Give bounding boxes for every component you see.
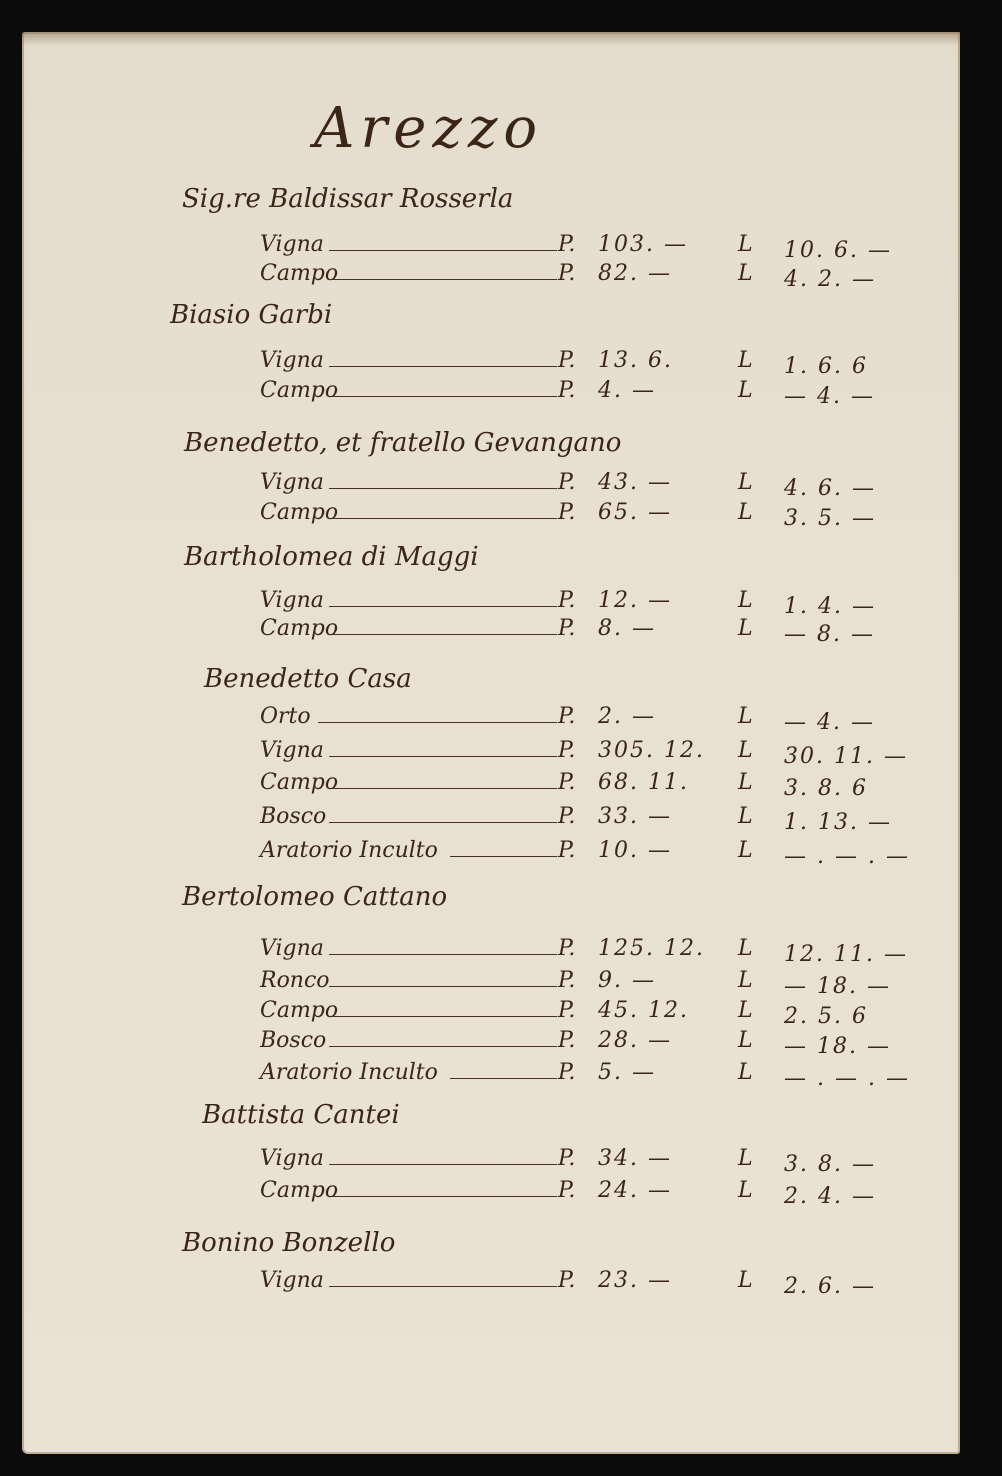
- land-type-label: Campo: [260, 998, 338, 1023]
- area-unit-symbol: P.: [558, 232, 575, 257]
- area-unit-symbol: P.: [558, 770, 575, 795]
- lire-symbol: L: [738, 1268, 753, 1293]
- area-unit-symbol: P.: [558, 470, 575, 495]
- ledger-row: Aratorio IncultoP.5. —L— . — . —: [22, 1060, 960, 1090]
- leader-line: [329, 250, 557, 251]
- area-unit-symbol: P.: [558, 1028, 575, 1053]
- entry-name: Bartholomea di Maggi: [184, 542, 479, 572]
- land-type-label: Campo: [260, 261, 338, 286]
- area-unit-symbol: P.: [558, 704, 575, 729]
- value-amount: 3. 8. —: [784, 1152, 876, 1177]
- value-amount: 4. 6. —: [784, 476, 876, 501]
- area-unit-symbol: P.: [558, 1268, 575, 1293]
- leader-line: [329, 986, 557, 987]
- ledger-row: VignaP.13. 6.L1. 6. 6: [22, 348, 960, 378]
- leader-line: [329, 1164, 557, 1165]
- lire-symbol: L: [738, 1028, 753, 1053]
- land-type-label: Ronco: [260, 968, 330, 993]
- leader-line: [329, 1196, 557, 1197]
- entry-name: Bonino Bonzello: [182, 1228, 395, 1258]
- leader-line: [329, 1286, 557, 1287]
- area-value: 68. 11.: [598, 770, 689, 795]
- area-value: 24. —: [598, 1178, 672, 1203]
- leader-line: [329, 634, 557, 635]
- area-value: 33. —: [598, 804, 672, 829]
- lire-symbol: L: [738, 838, 753, 863]
- area-value: 34. —: [598, 1146, 672, 1171]
- area-unit-symbol: P.: [558, 348, 575, 373]
- area-value: 2. —: [598, 704, 656, 729]
- value-amount: — 18. —: [784, 974, 891, 999]
- manuscript-page: Arezzo Sig.re Baldissar RosserlaVignaP.1…: [22, 32, 960, 1454]
- ledger-row: CampoP.82. —L4. 2. —: [22, 261, 960, 291]
- land-type-label: Aratorio Inculto: [260, 838, 438, 863]
- lire-symbol: L: [738, 1178, 753, 1203]
- area-value: 23. —: [598, 1268, 672, 1293]
- area-unit-symbol: P.: [558, 588, 575, 613]
- leader-line: [450, 856, 557, 857]
- leader-line: [329, 1046, 557, 1047]
- land-type-label: Campo: [260, 616, 338, 641]
- lire-symbol: L: [738, 936, 753, 961]
- ledger-row: VignaP.12. —L1. 4. —: [22, 588, 960, 618]
- lire-symbol: L: [738, 998, 753, 1023]
- value-amount: — . — . —: [784, 844, 910, 869]
- land-type-label: Bosco: [260, 1028, 326, 1053]
- area-unit-symbol: P.: [558, 1178, 575, 1203]
- land-type-label: Vigna: [260, 232, 324, 257]
- land-type-label: Campo: [260, 500, 338, 525]
- leader-line: [450, 1078, 557, 1079]
- land-type-label: Vigna: [260, 588, 324, 613]
- leader-line: [329, 279, 557, 280]
- area-value: 103. —: [598, 232, 688, 257]
- ledger-row: CampoP.68. 11.L3. 8. 6: [22, 770, 960, 800]
- value-amount: 30. 11. —: [784, 744, 908, 769]
- area-value: 82. —: [598, 261, 672, 286]
- area-value: 10. —: [598, 838, 672, 863]
- land-type-label: Vigna: [260, 470, 324, 495]
- land-type-label: Campo: [260, 1178, 338, 1203]
- leader-line: [329, 366, 557, 367]
- value-amount: — 18. —: [784, 1034, 891, 1059]
- ledger-row: VignaP.23. —L2. 6. —: [22, 1268, 960, 1298]
- leader-line: [318, 722, 557, 723]
- land-type-label: Orto: [260, 704, 311, 729]
- entry-name: Sig.re Baldissar Rosserla: [182, 184, 513, 214]
- entry-name: Biasio Garbi: [170, 300, 332, 330]
- lire-symbol: L: [738, 1146, 753, 1171]
- value-amount: — 4. —: [784, 710, 875, 735]
- lire-symbol: L: [738, 770, 753, 795]
- area-value: 43. —: [598, 470, 672, 495]
- area-value: 28. —: [598, 1028, 672, 1053]
- leader-line: [329, 1016, 557, 1017]
- lire-symbol: L: [738, 804, 753, 829]
- land-type-label: Campo: [260, 770, 338, 795]
- value-amount: — 8. —: [784, 622, 875, 647]
- value-amount: 10. 6. —: [784, 238, 892, 263]
- ledger-row: VignaP.103. —L10. 6. —: [22, 232, 960, 262]
- land-type-label: Vigna: [260, 936, 324, 961]
- area-unit-symbol: P.: [558, 936, 575, 961]
- area-unit-symbol: P.: [558, 1060, 575, 1085]
- leader-line: [329, 954, 557, 955]
- ledger-row: VignaP.305. 12.L30. 11. —: [22, 738, 960, 768]
- leader-line: [329, 756, 557, 757]
- ledger-row: CampoP.4. —L— 4. —: [22, 378, 960, 408]
- entry-name: Benedetto, et fratello Gevangano: [184, 428, 621, 458]
- area-value: 45. 12.: [598, 998, 689, 1023]
- lire-symbol: L: [738, 968, 753, 993]
- area-value: 12. —: [598, 588, 672, 613]
- area-unit-symbol: P.: [558, 378, 575, 403]
- leader-line: [329, 488, 557, 489]
- value-amount: 3. 8. 6: [784, 776, 868, 801]
- area-value: 5. —: [598, 1060, 656, 1085]
- land-type-label: Aratorio Inculto: [260, 1060, 438, 1085]
- lire-symbol: L: [738, 261, 753, 286]
- area-unit-symbol: P.: [558, 738, 575, 763]
- area-unit-symbol: P.: [558, 261, 575, 286]
- lire-symbol: L: [738, 704, 753, 729]
- lire-symbol: L: [738, 1060, 753, 1085]
- ledger-row: BoscoP.28. —L— 18. —: [22, 1028, 960, 1058]
- leader-line: [329, 606, 557, 607]
- land-type-label: Vigna: [260, 1146, 324, 1171]
- value-amount: — 4. —: [784, 384, 875, 409]
- area-unit-symbol: P.: [558, 500, 575, 525]
- page-title: Arezzo: [314, 96, 543, 161]
- area-unit-symbol: P.: [558, 804, 575, 829]
- leader-line: [329, 822, 557, 823]
- area-value: 9. —: [598, 968, 656, 993]
- area-unit-symbol: P.: [558, 968, 575, 993]
- land-type-label: Vigna: [260, 348, 324, 373]
- ledger-row: CampoP.24. —L2. 4. —: [22, 1178, 960, 1208]
- value-amount: 1. 13. —: [784, 810, 892, 835]
- land-type-label: Bosco: [260, 804, 326, 829]
- value-amount: 2. 4. —: [784, 1184, 876, 1209]
- value-amount: — . — . —: [784, 1066, 910, 1091]
- value-amount: 12. 11. —: [784, 942, 908, 967]
- lire-symbol: L: [738, 500, 753, 525]
- leader-line: [329, 788, 557, 789]
- area-value: 13. 6.: [598, 348, 673, 373]
- area-value: 8. —: [598, 616, 656, 641]
- area-unit-symbol: P.: [558, 998, 575, 1023]
- area-unit-symbol: P.: [558, 616, 575, 641]
- ledger-row: RoncoP.9. —L— 18. —: [22, 968, 960, 998]
- area-unit-symbol: P.: [558, 1146, 575, 1171]
- lire-symbol: L: [738, 348, 753, 373]
- value-amount: 2. 5. 6: [784, 1004, 868, 1029]
- area-value: 65. —: [598, 500, 672, 525]
- land-type-label: Vigna: [260, 1268, 324, 1293]
- lire-symbol: L: [738, 378, 753, 403]
- ledger-row: CampoP.45. 12.L2. 5. 6: [22, 998, 960, 1028]
- land-type-label: Vigna: [260, 738, 324, 763]
- entry-name: Bertolomeo Cattano: [182, 882, 447, 912]
- ledger-row: OrtoP.2. —L— 4. —: [22, 704, 960, 734]
- value-amount: 4. 2. —: [784, 267, 876, 292]
- entry-name: Benedetto Casa: [204, 664, 412, 694]
- area-value: 305. 12.: [598, 738, 705, 763]
- lire-symbol: L: [738, 232, 753, 257]
- entry-name: Battista Cantei: [202, 1100, 400, 1130]
- ledger-row: VignaP.125. 12.L12. 11. —: [22, 936, 960, 966]
- area-unit-symbol: P.: [558, 838, 575, 863]
- ledger-row: VignaP.43. —L4. 6. —: [22, 470, 960, 500]
- area-value: 125. 12.: [598, 936, 705, 961]
- leader-line: [329, 518, 557, 519]
- leader-line: [329, 396, 557, 397]
- ledger-row: CampoP.65. —L3. 5. —: [22, 500, 960, 530]
- lire-symbol: L: [738, 738, 753, 763]
- lire-symbol: L: [738, 470, 753, 495]
- lire-symbol: L: [738, 616, 753, 641]
- ledger-row: BoscoP.33. —L1. 13. —: [22, 804, 960, 834]
- land-type-label: Campo: [260, 378, 338, 403]
- ledger-row: Aratorio IncultoP.10. —L— . — . —: [22, 838, 960, 868]
- ledger-row: VignaP.34. —L3. 8. —: [22, 1146, 960, 1176]
- area-value: 4. —: [598, 378, 656, 403]
- lire-symbol: L: [738, 588, 753, 613]
- value-amount: 3. 5. —: [784, 506, 876, 531]
- value-amount: 1. 6. 6: [784, 354, 868, 379]
- ledger-row: CampoP.8. —L— 8. —: [22, 616, 960, 646]
- value-amount: 2. 6. —: [784, 1274, 876, 1299]
